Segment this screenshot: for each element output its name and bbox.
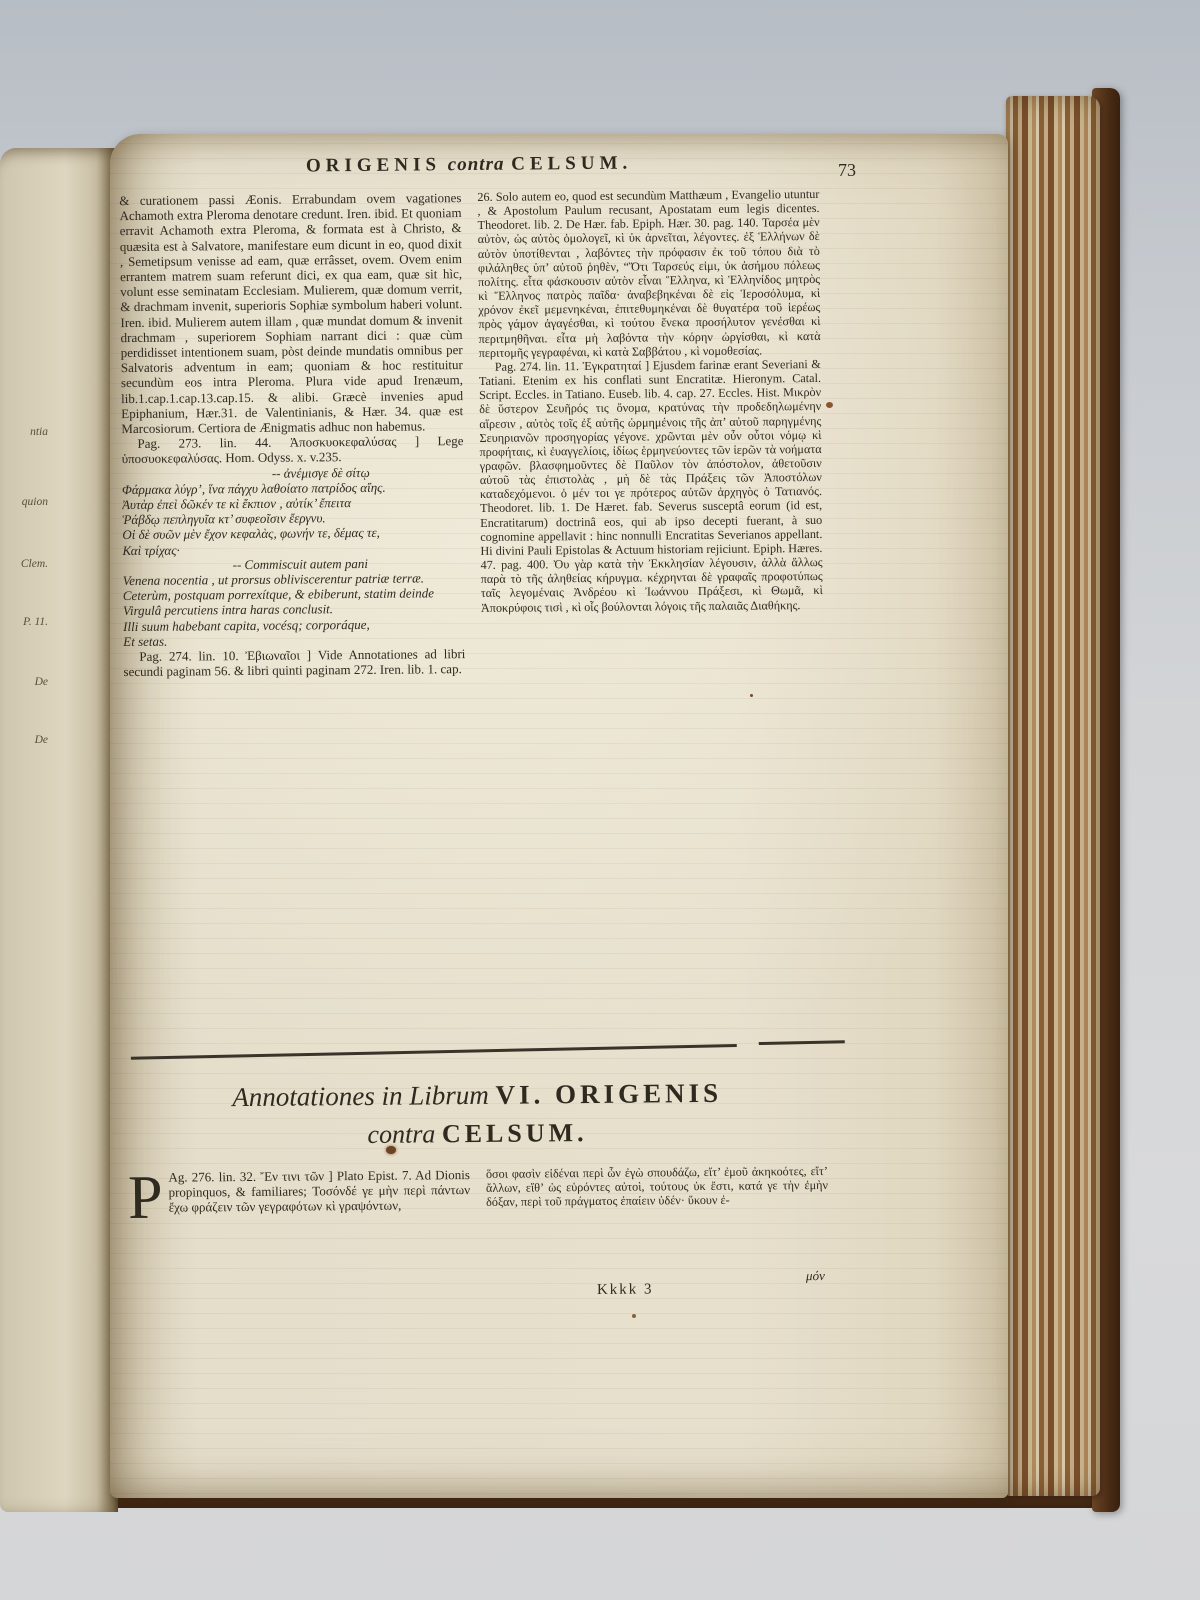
divider-rule-left — [131, 1044, 737, 1059]
facing-page-text-fragment: P. 11. — [0, 616, 48, 628]
bottom-left-paragraph: Ag. 276. lin. 32. Ἔν τινι τῶν ] Plato Ep… — [128, 1167, 470, 1216]
bottom-right-column: ὅσοι φασὶν εἰδέναι περὶ ὧν ἐγὼ σπουδάζω,… — [486, 1164, 828, 1209]
divider-rule-right — [759, 1040, 845, 1044]
facing-page-text-fragment: Clem. — [0, 558, 48, 570]
section-heading-vi-origenis: VI. ORIGENIS — [495, 1078, 722, 1110]
note-pag-274-10: Pag. 274. lin. 10. Ἐβιωναῖοι ] Vide Anno… — [123, 646, 465, 679]
section-heading-celsum: CELSUM. — [442, 1118, 588, 1148]
section-heading-annotationes: Annotationes in Librum — [232, 1080, 489, 1112]
facing-page-sliver: ntia quion Clem. P. 11. De De — [0, 148, 118, 1512]
section-heading-line2: contra CELSUM. — [127, 1116, 827, 1152]
section-heading-line1: Annotationes in Librum VI. ORIGENIS — [127, 1077, 827, 1114]
page-content: ORIGENIS contra CELSUM. & curationem pas… — [119, 143, 829, 1310]
running-header-celsum: CELSUM. — [511, 153, 632, 175]
facing-page-text-fragment: De — [0, 676, 48, 688]
drop-cap-P: P — [128, 1170, 169, 1222]
foxing-spot — [826, 402, 833, 408]
signature-row: Kkkk 3 μόν — [129, 1280, 829, 1310]
page-number: 73 — [838, 160, 856, 181]
note-pag-273: Pag. 273. lin. 44. Ἀποσκυοκεφαλύσας ] Le… — [121, 433, 463, 466]
section-heading: Annotationes in Librum VI. ORIGENIS cont… — [127, 1077, 828, 1152]
book-fore-edge-pages — [1006, 96, 1100, 1496]
photo-of-open-book: ntia quion Clem. P. 11. De De 73 ORIGENI… — [0, 0, 1200, 1600]
left-column: & curationem passi Æonis. Errabundam ove… — [119, 190, 465, 679]
facing-page-text-fragment: ntia — [0, 426, 48, 438]
running-header-origenis: ORIGENIS — [306, 154, 441, 176]
signature-mark: Kkkk 3 — [597, 1281, 654, 1298]
section-heading-contra: contra — [367, 1119, 435, 1149]
right-column: 26. Solo autem eo, quod est secundùm Mat… — [477, 187, 823, 615]
section-divider — [127, 1035, 827, 1063]
running-header-contra: contra — [448, 154, 505, 175]
paragraph-26-theodoret: 26. Solo autem eo, quod est secundùm Mat… — [477, 187, 820, 360]
catchword: μόν — [806, 1268, 825, 1284]
two-column-text-block: & curationem passi Æonis. Errabundam ove… — [119, 187, 826, 1017]
bottom-two-column-block: P Ag. 276. lin. 32. Ἔν τινι τῶν ] Plato … — [128, 1164, 829, 1284]
running-header: ORIGENIS contra CELSUM. — [119, 151, 819, 179]
left-continuation-paragraph: & curationem passi Æonis. Errabundam ove… — [119, 190, 463, 436]
bottom-left-column: P Ag. 276. lin. 32. Ἔν τινι τῶν ] Plato … — [128, 1167, 470, 1222]
facing-page-text-fragment: De — [0, 734, 48, 746]
book-page: 73 ORIGENIS contra CELSUM. & curationem … — [110, 134, 1008, 1498]
foxing-spot — [632, 1314, 636, 1318]
facing-page-text-fragment: quion — [0, 496, 48, 508]
note-pag-274-11: Pag. 274. lin. 11. Ἐγκρατηταί ] Ejusdem … — [479, 357, 823, 615]
bottom-right-paragraph: ὅσοι φασὶν εἰδέναι περὶ ὧν ἐγὼ σπουδάζω,… — [486, 1164, 828, 1209]
